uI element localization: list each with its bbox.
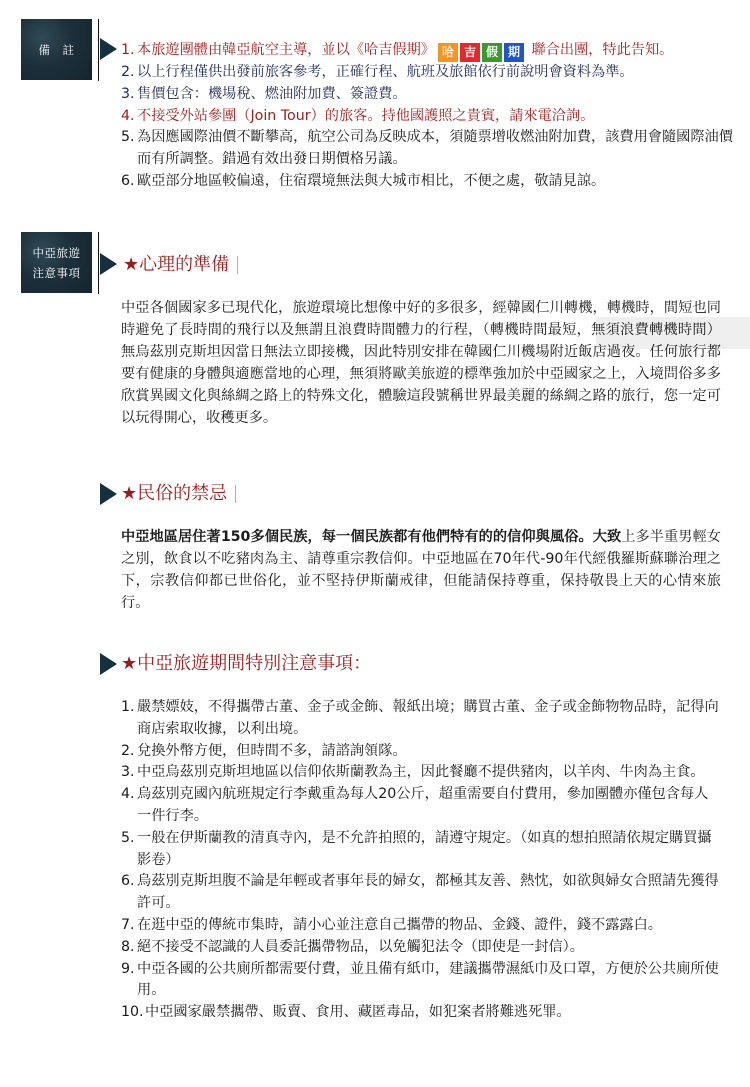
special-item-5: 5.一般在伊斯蘭教的清真寺內，是不允許拍照的，請遵守規定。（如真的想拍照請依規定… [121, 828, 721, 872]
special-item-7: 7.在逛中亞的傳統市集時，請小心並注意自己攜帶的物品、金錢、證件，錢不露露白。 [121, 915, 721, 937]
notes-label: 備 註 [39, 40, 75, 60]
special-item-6: 6.烏茲別克斯坦腹不論是年輕或者事年長的婦女，都極其友善、熱忱，如欲與婦女合照請… [121, 871, 721, 915]
psych-arrow-icon [100, 253, 117, 275]
taboos-arrow-icon [100, 483, 117, 505]
travel-notes-label: 中亞旅遊 注意事項 [33, 243, 81, 283]
notes-item-1: 1. 本旅遊團體由韓亞航空主導，並以《哈吉假期》哈吉假期 聯合出團，特此告知。 [121, 40, 741, 62]
special-item-3: 3.中亞烏茲別克斯坦地區以信仰依斯蘭教為主，因此餐廳不提供豬肉，以羊肉、牛肉為主… [121, 762, 721, 784]
notes-list: 1. 本旅遊團體由韓亞航空主導，並以《哈吉假期》哈吉假期 聯合出團，特此告知。 … [121, 40, 741, 193]
special-item-10: 10.中亞國家嚴禁攜帶、販賣、食用、藏匿毒品，如犯案者將難逃死罪。 [121, 1002, 721, 1024]
special-item-2: 2.兌換外幣方便，但時間不多，請諮詢領隊。 [121, 741, 721, 763]
notes-item-2: 2.以上行程僅供出發前旅客參考，正確行程、航班及旅館依行前說明會資料為準。 [121, 62, 741, 84]
brand-logo-haji: 哈吉假期 [438, 43, 524, 62]
notes-item-3: 3.售價包含：機場稅、燃油附加費、簽證費。 [121, 84, 741, 106]
special-list: 1.嚴禁嫖妓，不得攜帶古董、金子或金飾、報紙出境；購買古董、金子或金飾物物品時，… [121, 697, 721, 1024]
travel-notes-label-box: 中亞旅遊 注意事項 [21, 232, 92, 293]
special-item-1: 1.嚴禁嫖妓，不得攜帶古董、金子或金飾、報紙出境；購買古董、金子或金飾物物品時，… [121, 697, 721, 741]
psych-body: 中亞各個國家多已現代化，旅遊環境比想像中好的多很多，經韓國仁川轉機，轉機時，間短… [121, 297, 721, 429]
notes-item-5: 5.為因應國際油價不斷攀高，航空公司為反映成本，須隨票增收燃油附加費，該費用會隨… [121, 127, 741, 171]
special-title: ★中亞旅遊期間特別注意事項： [121, 652, 371, 676]
special-item-9: 9.中亞各國的公共廁所都需要付費，並且備有紙巾，建議攜帶濕紙巾及口罩，方便於公共… [121, 959, 721, 1003]
special-arrow-icon [100, 653, 117, 675]
notes-item-4: 4.不接受外站參團（Join Tour）的旅客。持他國護照之貴賓，請來電洽詢。 [121, 106, 741, 128]
special-item-4: 4.烏茲別克國內航班規定行李戴重為每人20公斤，超重需要自付費用，參加團體亦僅包… [121, 784, 721, 828]
psych-title: ★心理的準備 [123, 253, 238, 277]
travel-notes-divider [98, 232, 99, 294]
notes-label-box: 備 註 [21, 19, 92, 80]
taboos-body: 中亞地區居住著150多個民族，每一個民族都有他們特有的的信仰與風俗。大致上多半重… [121, 526, 721, 614]
special-item-8: 8.絕不接受不認識的人員委託攜帶物品，以免觸犯法令（即使是一封信）。 [121, 937, 721, 959]
notes-divider [98, 19, 99, 81]
notes-arrow-icon [100, 38, 117, 60]
taboos-title: ★民俗的禁忌 [121, 482, 236, 506]
notes-item-6: 6.歐亞部分地區較偏遠，住宿環境無法與大城市相比，不便之處，敬請見諒。 [121, 171, 741, 193]
